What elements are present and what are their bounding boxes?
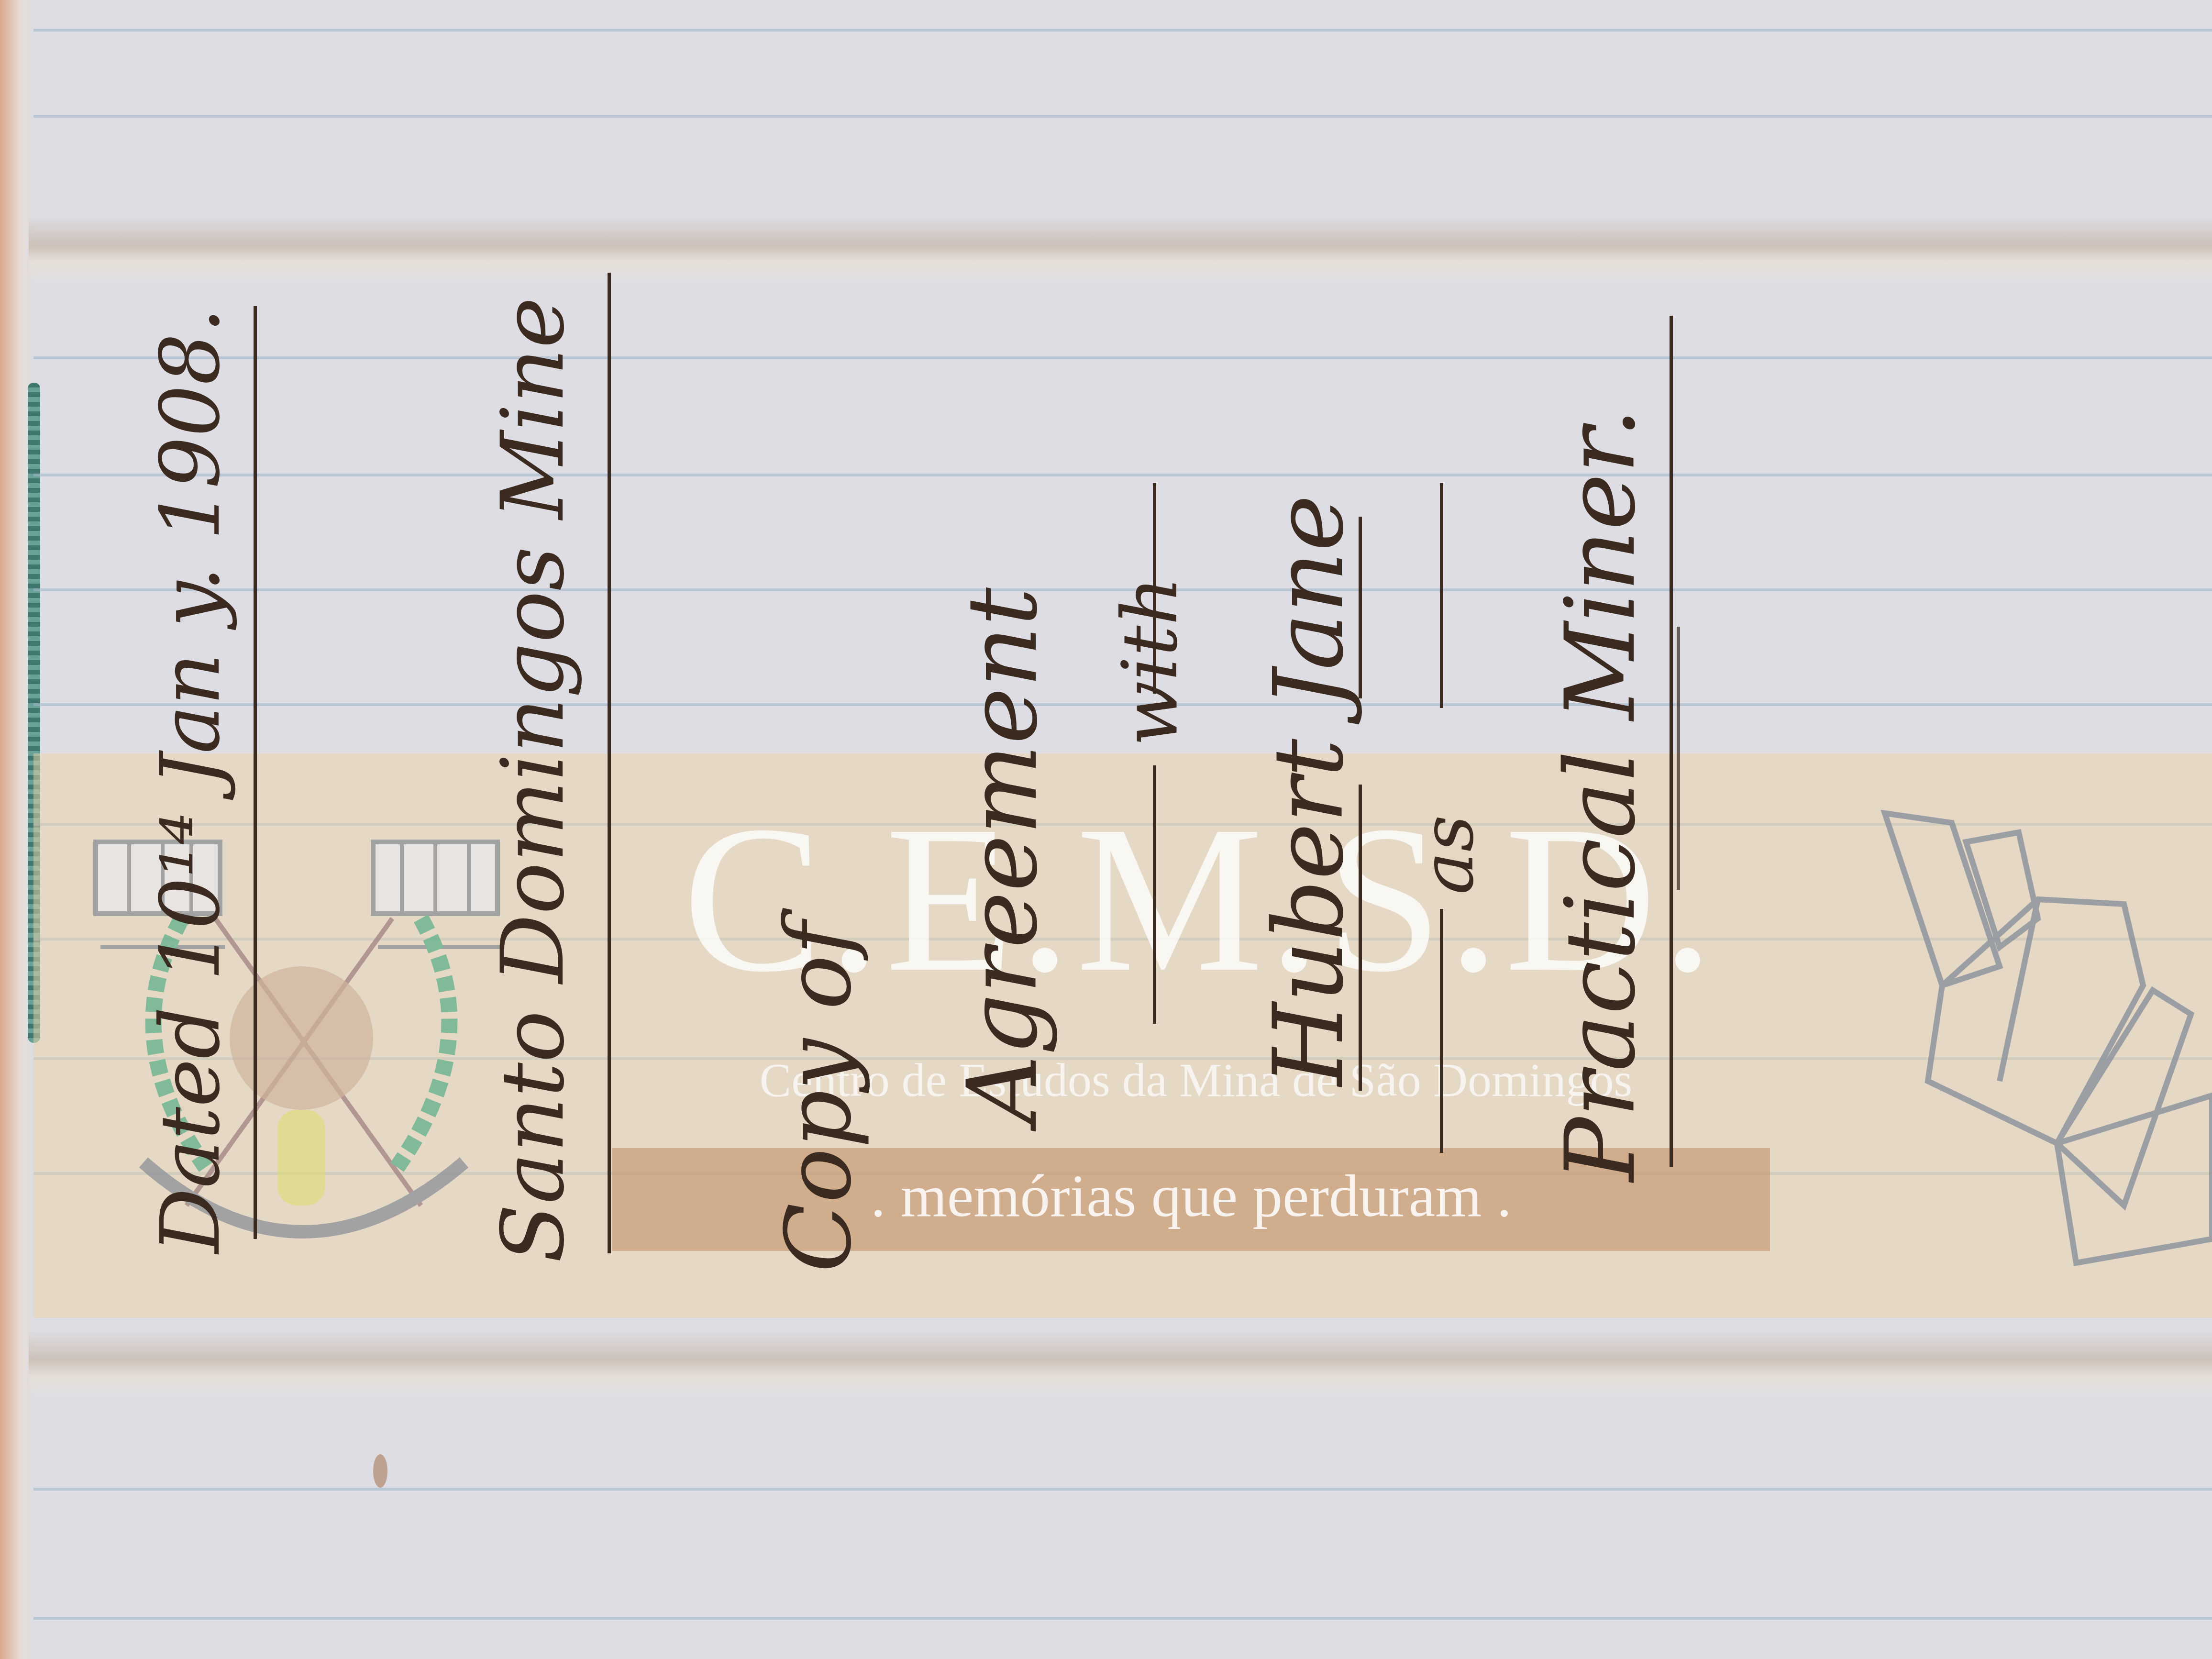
double-underline bbox=[1677, 627, 1680, 890]
dash-line bbox=[1153, 483, 1156, 694]
underline bbox=[1670, 316, 1673, 1167]
underline bbox=[254, 306, 257, 1239]
dash-line bbox=[1440, 909, 1443, 1153]
name-line: Hubert Jane bbox=[1253, 495, 1365, 1086]
dash-line bbox=[1153, 765, 1156, 1024]
underline bbox=[1359, 785, 1362, 1091]
with-label: with bbox=[1105, 576, 1194, 746]
agreement-label: Agreement bbox=[947, 587, 1059, 1124]
as-label: as bbox=[1406, 815, 1490, 895]
role-line: Practical Miner. bbox=[1545, 408, 1657, 1182]
copy-of-label: Copy of bbox=[765, 921, 871, 1272]
underline bbox=[1359, 517, 1362, 698]
crystal-icon bbox=[1856, 785, 2212, 1301]
ink-stain bbox=[373, 1454, 387, 1488]
dated-line: Dated 10¹⁴ Jan y. 1908. bbox=[144, 308, 238, 1253]
dash-line bbox=[1440, 483, 1443, 708]
underline bbox=[608, 273, 611, 1253]
ruled-line bbox=[33, 115, 2212, 118]
paper-fold bbox=[29, 215, 2212, 282]
place-line: Santo Domingos Mine bbox=[483, 297, 583, 1263]
ruled-line bbox=[33, 356, 2212, 359]
ruled-line bbox=[33, 474, 2212, 476]
ruled-line bbox=[33, 1488, 2212, 1491]
paper-fold bbox=[29, 1330, 2212, 1397]
ruled-line bbox=[33, 1617, 2212, 1620]
ruled-line bbox=[33, 29, 2212, 32]
